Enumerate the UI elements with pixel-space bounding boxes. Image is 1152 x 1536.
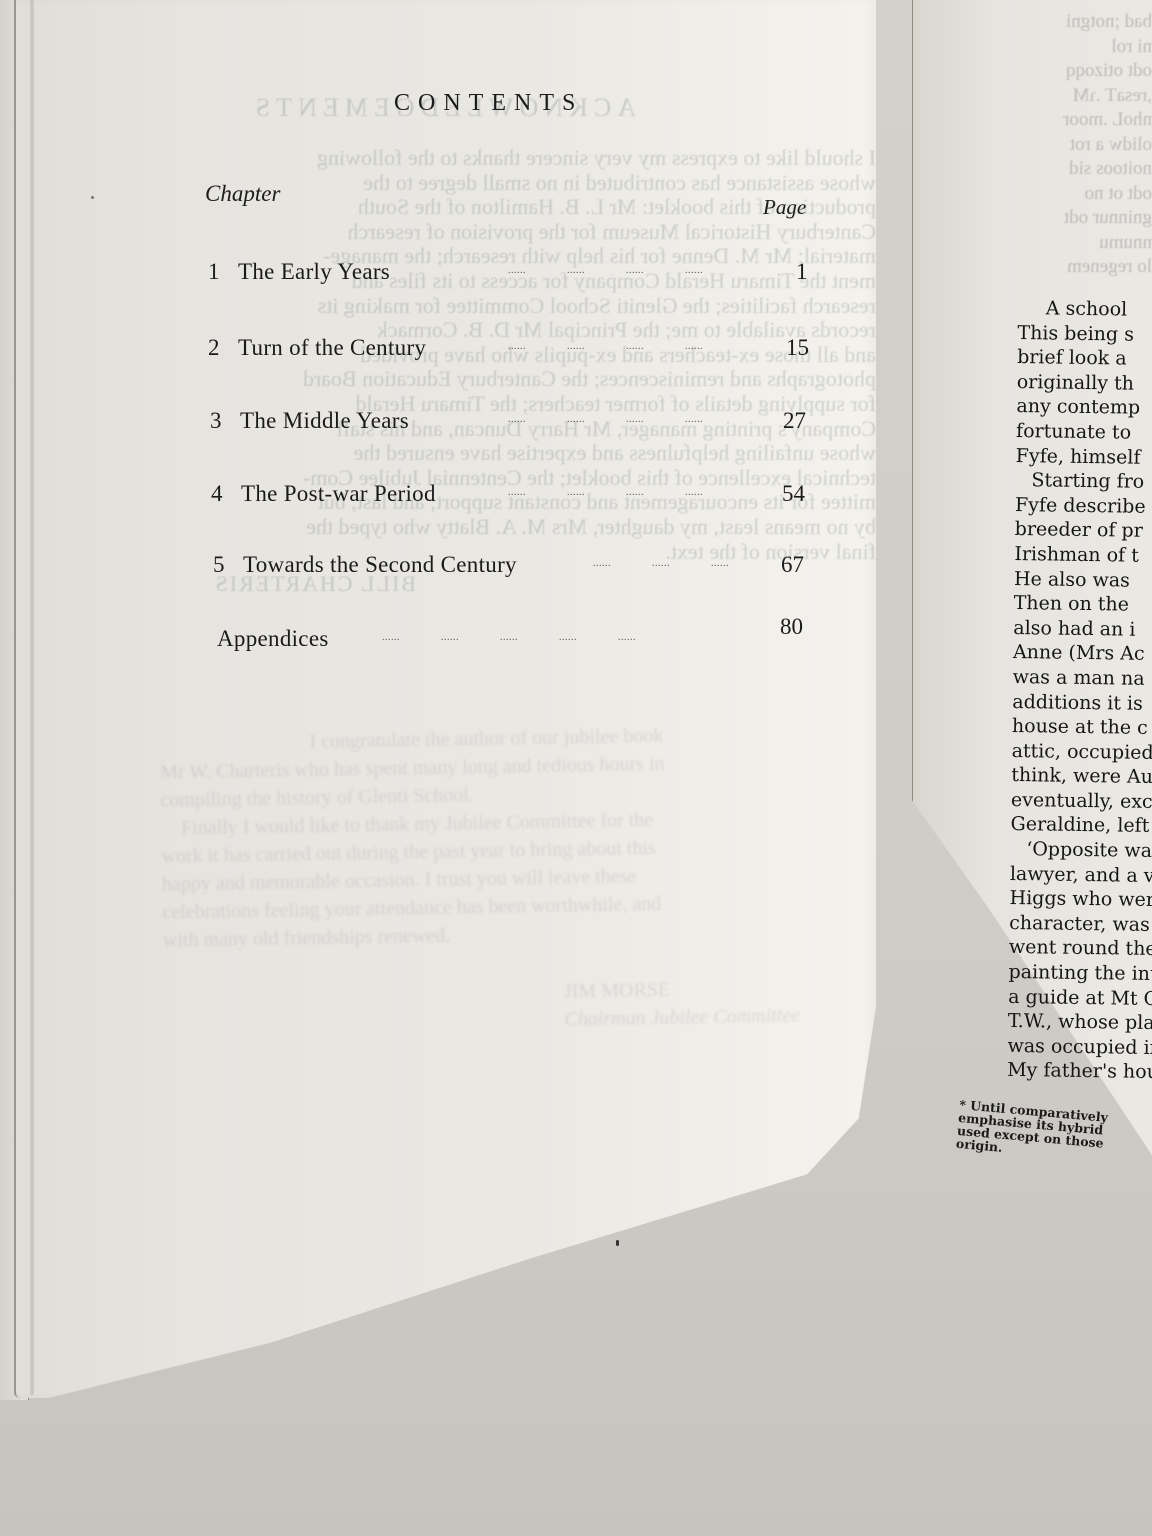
book-photo-scene: ACKNOWLEDGEMENTS I should like to expres… [0,0,1152,1536]
text-line: any contemp [1016,394,1152,421]
toc-entry[interactable]: Appendices ...... ...... ...... ...... .… [217,626,817,656]
text-line: Higgs who were [1009,886,1152,913]
text-line: T.W., whose plac [1008,1009,1152,1036]
text-line: Fyfe, himself [1016,444,1152,471]
chapter-title: Towards the Second Century [243,552,517,578]
chapter-number: 5 [213,552,225,578]
text-line: was occupied in r [1007,1034,1152,1061]
text-line: also had an i [1013,616,1152,643]
dot-leaders: ...... ...... ...... ...... [508,414,703,425]
chapter-title: The Post-war Period [241,481,436,507]
contents-page: ACKNOWLEDGEMENTS I should like to expres… [14,0,876,1398]
text-line: a guide at Mt C [1008,985,1152,1012]
toc-entry[interactable]: 3 The Middle Years ...... ...... ...... … [210,408,810,438]
facing-page-body-text: A school This being s brief look a origi… [1007,296,1152,1085]
text-line: Anne (Mrs Ac [1013,640,1152,667]
page-number: 54 [782,481,805,507]
chapter-title: The Middle Years [240,408,409,434]
toc-entry[interactable]: 5 Towards the Second Century ...... ....… [213,552,813,582]
page-stack-edge [30,0,34,1395]
page-number: 27 [783,408,806,434]
text-line: eventually, exc [1011,788,1152,815]
text-line: Geraldine, left [1010,812,1152,839]
text-line: character, was r [1009,911,1152,938]
page-number: 1 [796,259,808,285]
page-number: 80 [780,614,803,640]
chapter-title: The Early Years [238,259,390,285]
chapter-number: 2 [208,335,220,361]
text-line: A school [1018,296,1152,323]
text-line: Irishman of t [1014,542,1152,569]
text-line: My father's hou [1007,1058,1152,1085]
page-number: 15 [786,335,809,361]
dot-leaders: ...... ...... ...... [593,558,729,569]
dot-leaders: ...... ...... ...... ...... [508,341,703,352]
text-line: Fyfe describe [1015,493,1152,520]
facing-page-bleed-through: bad ;notgni ni rol odt otizoqq ,resaT .ɿ… [1063,10,1152,280]
text-line: originally th [1017,370,1152,397]
ink-speck [91,196,94,199]
text-line: attic, occupied [1011,739,1152,766]
toc-entry[interactable]: 1 The Early Years ...... ...... ...... .… [208,259,808,289]
footnote: * Until comparatively emphasise its hybr… [955,1098,1108,1163]
text-line: think, were Au [1011,763,1152,790]
text-line: painting the inte [1008,960,1152,987]
text-line: lawyer, and a ve [1010,862,1152,889]
dot-leaders: ...... ...... ...... ...... [508,265,703,276]
text-line: ‘Opposite wa [1010,837,1152,864]
chapter-number: 3 [210,408,222,434]
page-title: CONTENTS [394,90,583,117]
column-header-chapter: Chapter [205,181,280,207]
toc-entry[interactable]: 4 The Post-war Period ...... ...... ....… [211,481,811,511]
chapter-title: Appendices [217,626,329,652]
toc-entry[interactable]: 2 Turn of the Century ...... ...... ....… [208,335,808,365]
faint-back-text: I congratulate the author of our jubilee… [159,719,800,1040]
column-header-page: Page [763,195,806,220]
text-line: Then on the [1014,591,1152,618]
dot-leaders: ...... ...... ...... ...... [508,487,703,498]
text-line: fortunate to [1016,419,1152,446]
text-line: house at the c [1012,714,1152,741]
dot-leaders: ...... ...... ...... ...... ...... [382,632,636,643]
chapter-number: 1 [208,259,220,285]
text-line: went round the [1009,935,1152,962]
text-line: This being s [1017,321,1152,348]
text-line: breeder of pr [1015,517,1152,544]
text-line: Starting fro [1015,468,1152,495]
text-line: He also was [1014,567,1152,594]
ink-speck [616,1240,619,1246]
text-line: additions it is [1012,689,1152,716]
text-line: brief look a [1017,345,1152,372]
chapter-number: 4 [211,481,223,507]
page-number: 67 [781,552,804,578]
text-line: was a man na [1013,665,1152,692]
chapter-title: Turn of the Century [238,335,426,361]
